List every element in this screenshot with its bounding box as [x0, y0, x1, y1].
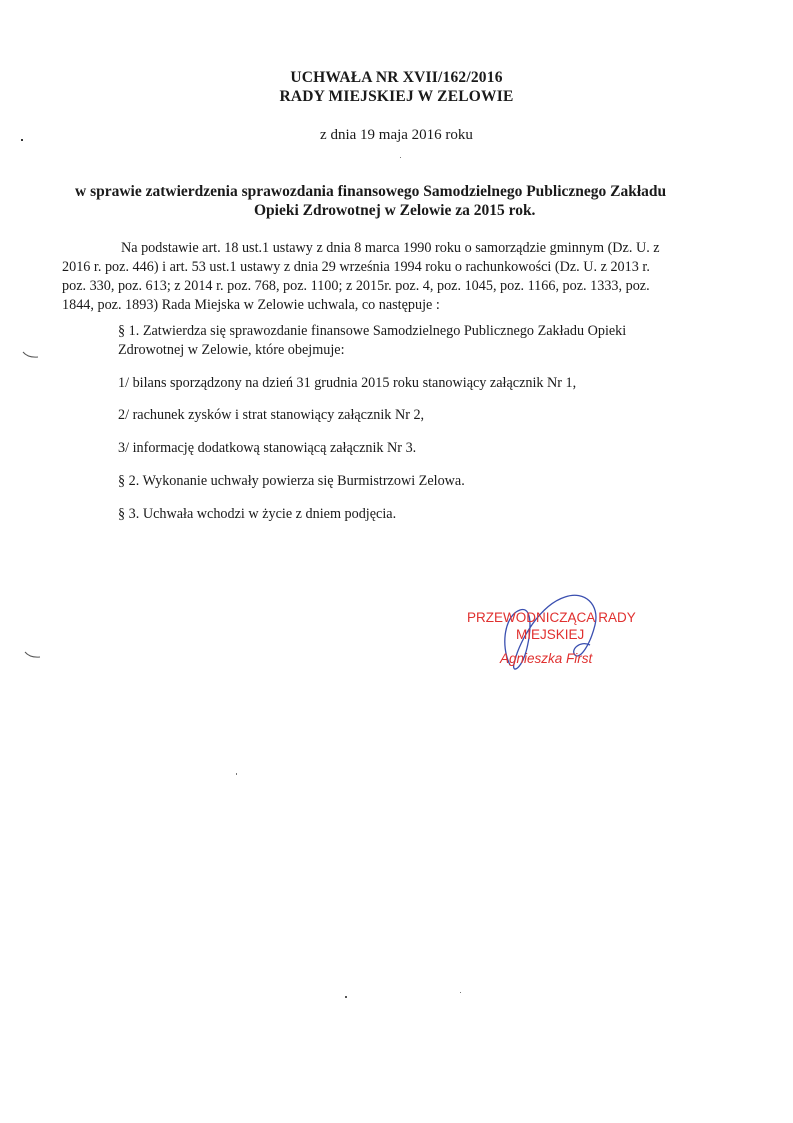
scan-dot — [345, 996, 347, 998]
document-page: UCHWAŁA NR XVII/162/2016 RADY MIEJSKIEJ … — [0, 0, 793, 1123]
stamp-title-line-1: PRZEWODNICZĄCA RADY — [467, 610, 636, 625]
council-name: RADY MIEJSKIEJ W ZELOWIE — [0, 88, 793, 106]
resolution-number: UCHWAŁA NR XVII/162/2016 — [0, 69, 793, 87]
subject-line-1: w sprawie zatwierdzenia sprawozdania fin… — [75, 183, 666, 201]
scan-dot — [236, 773, 237, 775]
paragraph-2: § 2. Wykonanie uchwały powierza się Burm… — [118, 473, 465, 490]
scan-mark-icon — [24, 650, 44, 660]
paragraph-1-line-2: Zdrowotnej w Zelowie, które obejmuje: — [118, 342, 345, 359]
preamble-line: Na podstawie art. 18 ust.1 ustawy z dnia… — [121, 240, 660, 257]
stamp-signatory-name: Agnieszka First — [500, 651, 592, 666]
stamp-title-line-2: MIEJSKIEJ — [516, 627, 584, 642]
list-item: 3/ informację dodatkową stanowiącą załąc… — [118, 440, 416, 457]
scan-mark-icon — [22, 350, 42, 360]
paragraph-1-line-1: § 1. Zatwierdza się sprawozdanie finanso… — [118, 323, 626, 340]
subject-line-2: Opieki Zdrowotnej w Zelowie za 2015 rok. — [254, 202, 535, 220]
list-item: 1/ bilans sporządzony na dzień 31 grudni… — [118, 375, 576, 392]
preamble-line: 2016 r. poz. 446) i art. 53 ust.1 ustawy… — [62, 259, 650, 276]
preamble-line: poz. 330, poz. 613; z 2014 r. poz. 768, … — [62, 278, 650, 295]
scan-dot — [460, 992, 461, 993]
paragraph-3: § 3. Uchwała wchodzi w życie z dniem pod… — [118, 506, 396, 523]
scan-dot — [400, 157, 401, 158]
list-item: 2/ rachunek zysków i strat stanowiący za… — [118, 407, 424, 424]
resolution-date: z dnia 19 maja 2016 roku — [0, 127, 793, 144]
preamble-line: 1844, poz. 1893) Rada Miejska w Zelowie … — [62, 297, 440, 314]
scan-dot — [21, 139, 23, 141]
